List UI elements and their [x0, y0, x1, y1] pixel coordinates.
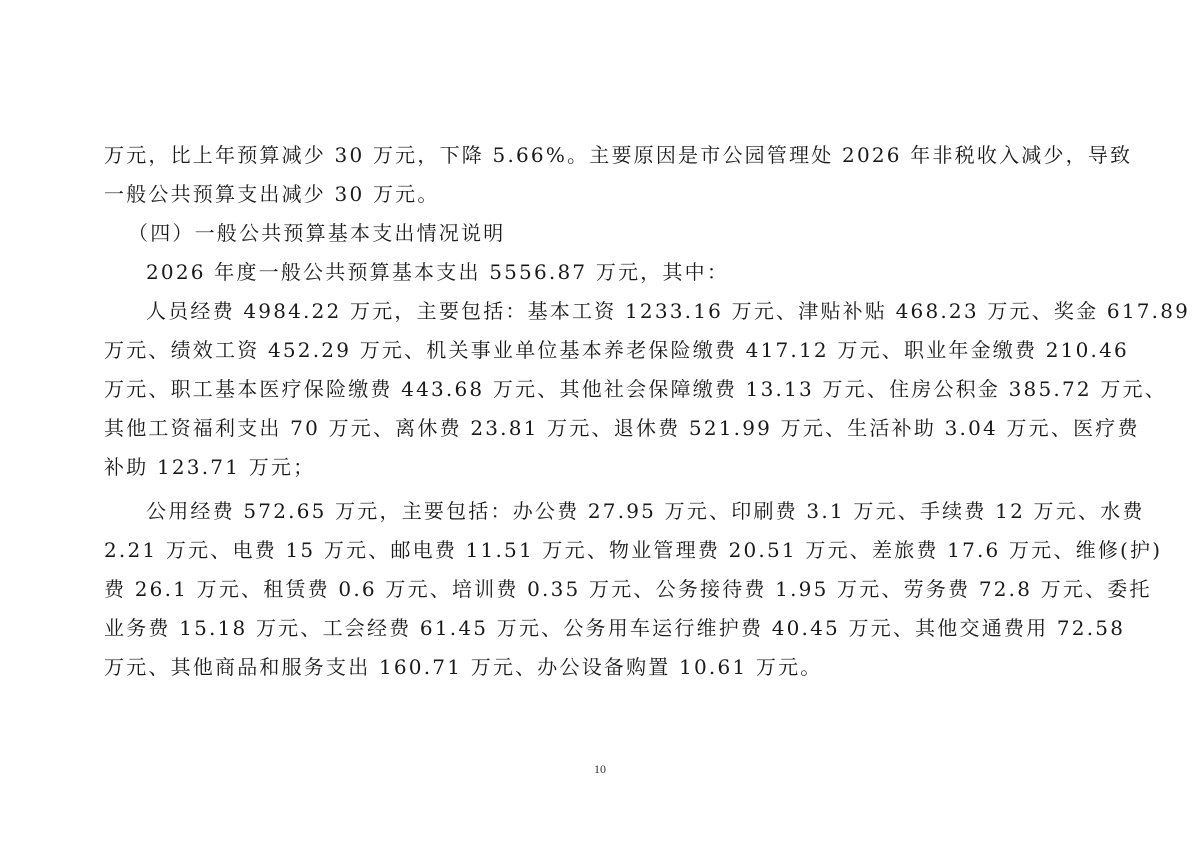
paragraph-line: 万元、其他商品和服务支出 160.71 万元、办公设备购置 10.61 万元。 — [104, 648, 1098, 687]
paragraph-line: 万元、职工基本医疗保险缴费 443.68 万元、其他社会保障缴费 13.13 万… — [104, 370, 1098, 409]
paragraph-line: 费 26.1 万元、租赁费 0.6 万元、培训费 0.35 万元、公务接待费 1… — [104, 570, 1098, 609]
paragraph-line: 万元、绩效工资 452.29 万元、机关事业单位基本养老保险缴费 417.12 … — [104, 331, 1098, 370]
section-heading: （四）一般公共预算基本支出情况说明 — [128, 214, 1080, 253]
paragraph-line: 一般公共预算支出减少 30 万元。 — [104, 175, 1098, 214]
paragraph-line: 2026 年度一般公共预算基本支出 5556.87 万元，其中： — [146, 253, 1098, 292]
paragraph-line: 其他工资福利支出 70 万元、离休费 23.81 万元、退休费 521.99 万… — [104, 409, 1098, 448]
paragraph-line: 2.21 万元、电费 15 万元、邮电费 11.51 万元、物业管理费 20.5… — [104, 531, 1098, 570]
document-page: 万元，比上年预算减少 30 万元，下降 5.66%。主要原因是市公园管理处 20… — [0, 0, 1200, 848]
paragraph-line: 补助 123.71 万元； — [104, 448, 1098, 487]
page-number: 10 — [0, 762, 1200, 777]
paragraph-line: 万元，比上年预算减少 30 万元，下降 5.66%。主要原因是市公园管理处 20… — [104, 136, 1098, 175]
paragraph-line: 公用经费 572.65 万元，主要包括：办公费 27.95 万元、印刷费 3.1… — [146, 492, 1098, 531]
paragraph-line: 人员经费 4984.22 万元，主要包括：基本工资 1233.16 万元、津贴补… — [146, 292, 1098, 331]
paragraph-line: 业务费 15.18 万元、工会经费 61.45 万元、公务用车运行维护费 40.… — [104, 609, 1098, 648]
